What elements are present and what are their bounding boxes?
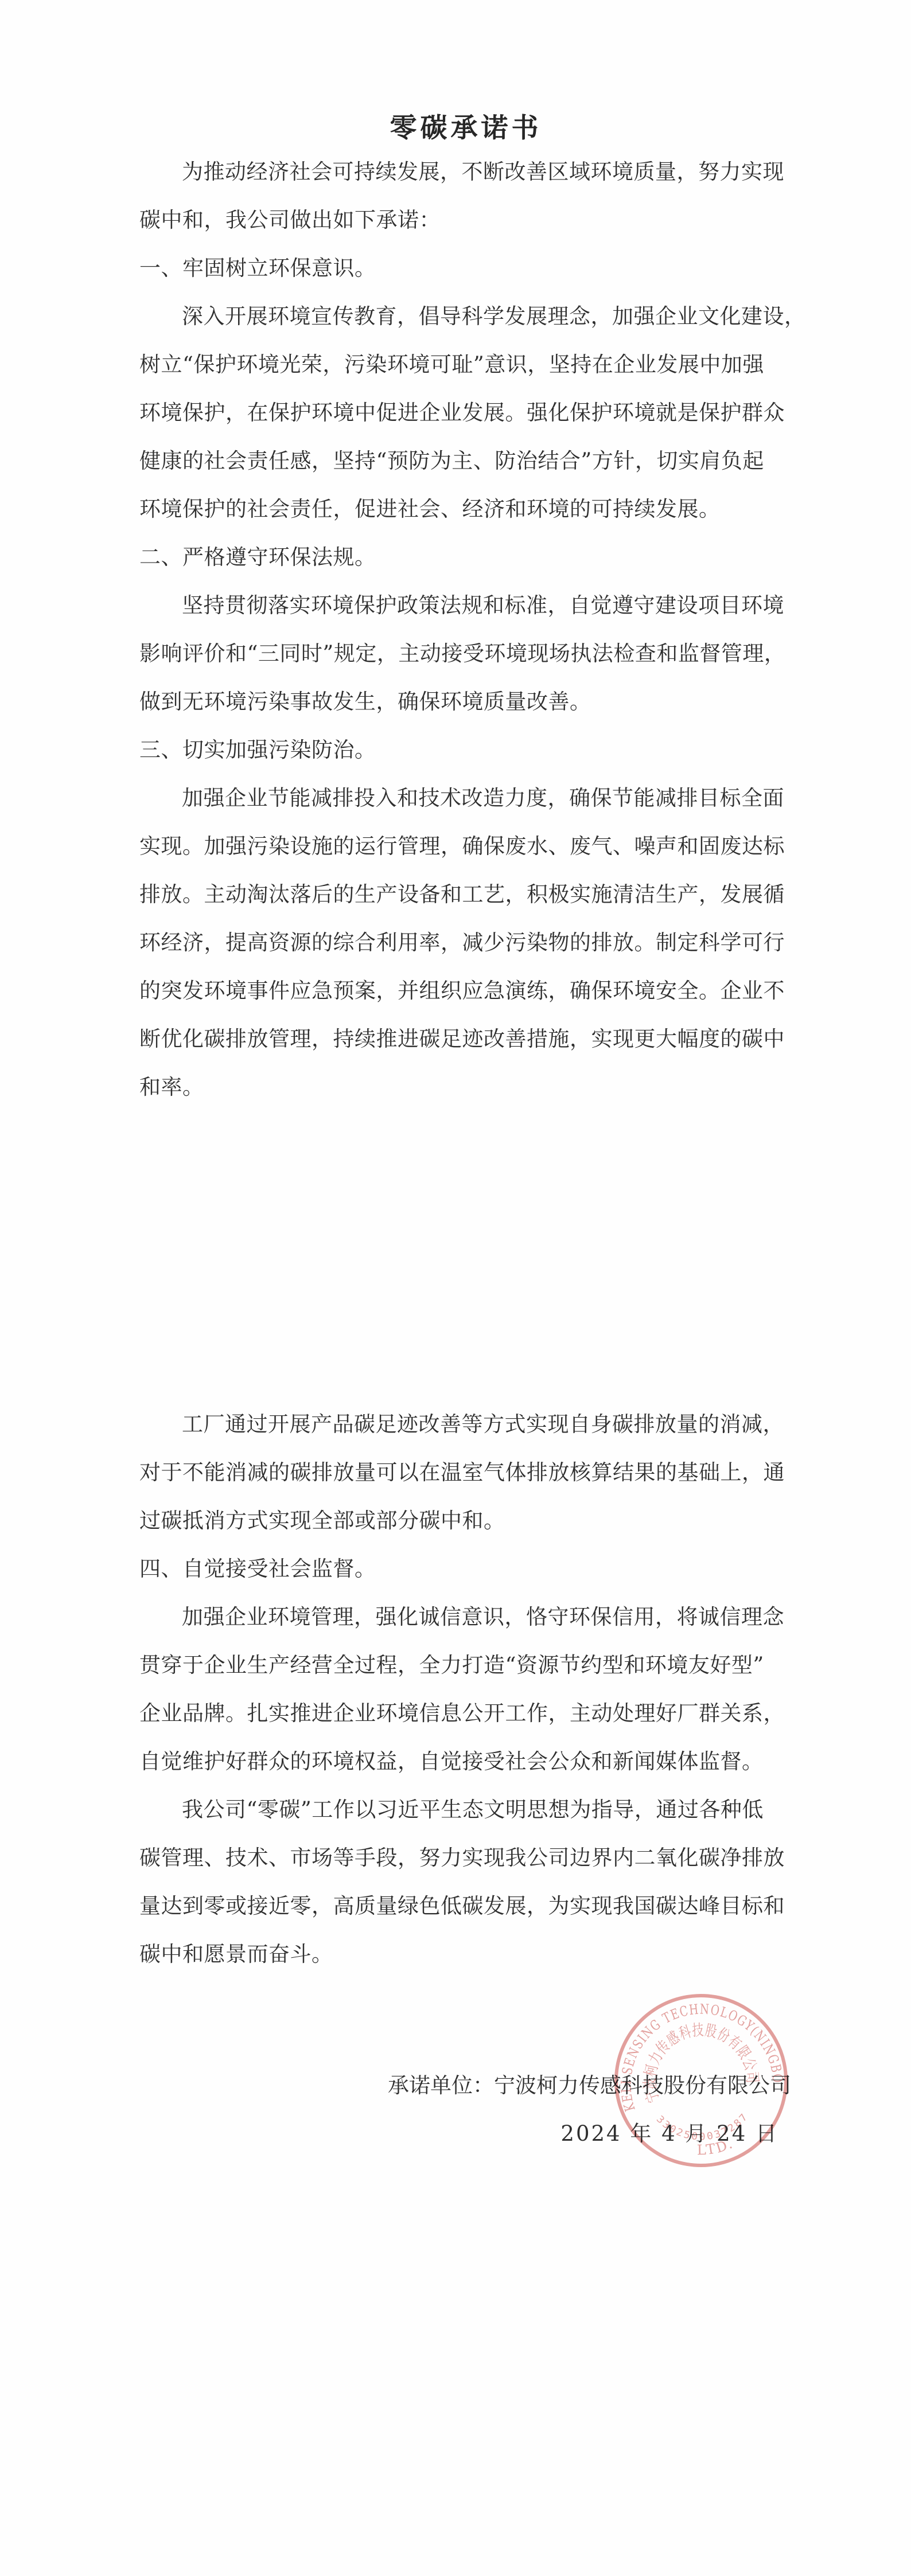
- doc-line: 我公司“零碳”工作以习近平生态文明思想为指导，通过各种低: [139, 1786, 793, 1834]
- doc-line: 量达到零或接近零，高质量绿色低碳发展，为实现我国碳达峰目标和: [139, 1882, 793, 1930]
- body-text-block-2: 工厂通过开展产品碳足迹改善等方式实现自身碳排放量的消减， 对于不能消减的碳排放量…: [139, 1400, 793, 1978]
- doc-line: 坚持贯彻落实环境保护政策法规和标准，自觉遵守建设项目环境: [139, 581, 793, 630]
- doc-line: 影响评价和“三同时”规定，主动接受环境现场执法检查和监督管理，: [139, 630, 793, 678]
- doc-line: 和率。: [139, 1063, 793, 1111]
- doc-line: 贯穿于企业生产经营全过程，全力打造“资源节约型和环境友好型”: [139, 1641, 793, 1689]
- doc-line: 碳管理、技术、市场等手段，努力实现我公司边界内二氧化碳净排放: [139, 1834, 793, 1882]
- stamp-ring-text-en: KELI SENSING TECHNOLOGY(NINGBO): [604, 1983, 787, 2121]
- doc-line: 工厂通过开展产品碳足迹改善等方式实现自身碳排放量的消减，: [139, 1400, 793, 1449]
- doc-line: 自觉维护好群众的环境权益，自觉接受社会公众和新闻媒体监督。: [139, 1738, 793, 1786]
- doc-line: 环经济，提高资源的综合利用率，减少污染物的排放。制定科学可行: [139, 919, 793, 967]
- doc-line: 碳中和愿景而奋斗。: [139, 1930, 793, 1978]
- body-text-block-1: 为推动经济社会可持续发展，不断改善区域环境质量，努力实现 碳中和，我公司做出如下…: [139, 148, 793, 1111]
- doc-line: 断优化碳排放管理，持续推进碳足迹改善措施，实现更大幅度的碳中: [139, 1015, 793, 1063]
- doc-line: 树立“保护环境光荣，污染环境可耻”意识，坚持在企业发展中加强: [139, 341, 793, 389]
- doc-line: 加强企业节能减排投入和技术改造力度，确保节能减排目标全面: [139, 774, 793, 822]
- doc-line: 企业品牌。扎实推进企业环境信息公开工作，主动处理好厂群关系，: [139, 1689, 793, 1738]
- document-page: 零碳承诺书 为推动经济社会可持续发展，不断改善区域环境质量，努力实现 碳中和，我…: [0, 0, 911, 2576]
- doc-line: 的突发环境事件应急预案，并组织应急演练，确保环境安全。企业不: [139, 967, 793, 1015]
- doc-line: 排放。主动淘汰落后的生产设备和工艺，积极实施清洁生产，发展循: [139, 871, 793, 919]
- doc-line: 对于不能消减的碳排放量可以在温室气体排放核算结果的基础上，通: [139, 1449, 793, 1497]
- section-heading-2: 二、严格遵守环保法规。: [139, 533, 793, 581]
- doc-line: 环境保护，在保护环境中促进企业发展。强化保护环境就是保护群众: [139, 389, 793, 437]
- doc-line: 深入开展环境宣传教育，倡导科学发展理念，加强企业文化建设，: [139, 292, 793, 341]
- doc-line: 过碳抵消方式实现全部或部分碳中和。: [139, 1497, 793, 1545]
- doc-line: 加强企业环境管理，强化诚信意识，恪守环保信用，将诚信理念: [139, 1593, 793, 1641]
- doc-line: 碳中和，我公司做出如下承诺：: [139, 196, 793, 244]
- company-seal-stamp: KELI SENSING TECHNOLOGY(NINGBO) 宁波柯力传感科技…: [604, 1983, 799, 2178]
- doc-line: 环境保护的社会责任，促进社会、经济和环境的可持续发展。: [139, 485, 793, 533]
- doc-line: 做到无环境污染事故发生，确保环境质量改善。: [139, 678, 793, 726]
- section-heading-1: 一、牢固树立环保意识。: [139, 244, 793, 292]
- doc-line: 实现。加强污染设施的运行管理，确保废水、废气、噪声和固废达标: [139, 822, 793, 871]
- section-heading-4: 四、自觉接受社会监督。: [139, 1545, 793, 1593]
- section-heading-3: 三、切实加强污染防治。: [139, 726, 793, 774]
- doc-line: 健康的社会责任感，坚持“预防为主、防治结合”方针，切实肩负起: [139, 437, 793, 485]
- doc-line: 为推动经济社会可持续发展，不断改善区域环境质量，努力实现: [139, 148, 793, 196]
- svg-text:KELI SENSING TECHNOLOGY(NINGBO: KELI SENSING TECHNOLOGY(NINGBO): [604, 1983, 787, 2121]
